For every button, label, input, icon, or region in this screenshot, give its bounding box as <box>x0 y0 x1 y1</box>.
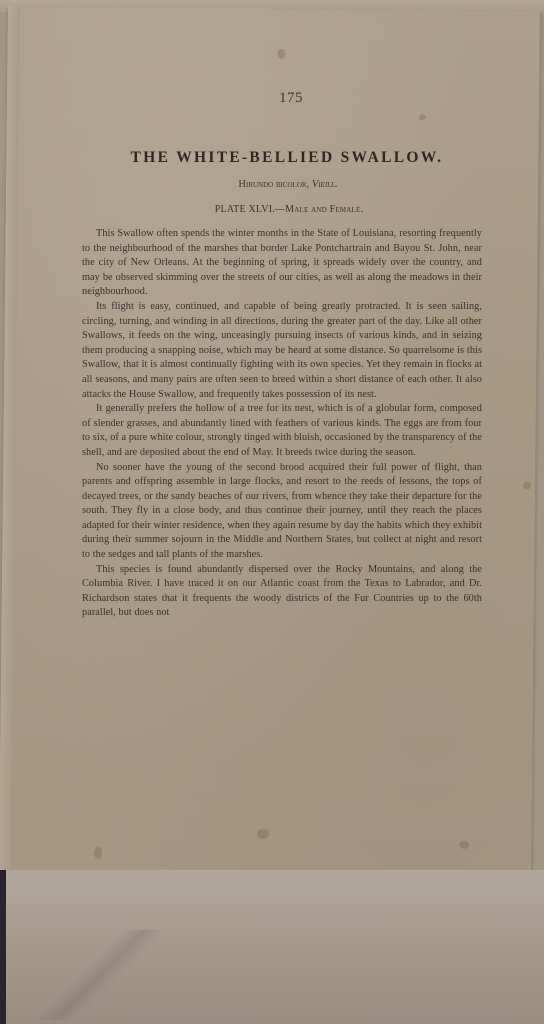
latin-binomial: Hirundo bicolor, <box>238 179 309 190</box>
foxing-stain <box>277 49 285 59</box>
latin-name: Hirundo bicolor, Vieill. <box>82 179 482 190</box>
latin-authority: Vieill. <box>312 179 338 190</box>
paragraph: It generally prefers the hollow of a tre… <box>82 402 482 460</box>
foxing-stain <box>523 481 531 489</box>
foxing-stain <box>257 829 269 839</box>
foxing-stain <box>459 841 469 849</box>
page-frayed-edge <box>0 6 20 880</box>
plastic-sleeve-glare <box>40 930 160 1020</box>
plate-caption: PLATE XLVI.—Male and Female. <box>82 204 482 215</box>
chapter-title: THE WHITE-BELLIED SWALLOW. <box>82 149 482 167</box>
page-number: 175 <box>82 90 482 107</box>
paragraph: No sooner have the young of the second b… <box>82 461 482 563</box>
paragraph: This Swallow often spends the winter mon… <box>82 227 482 300</box>
paragraph: This species is found abundantly dispers… <box>82 563 482 621</box>
foxing-stain <box>94 847 102 859</box>
backdrop-dark-edge <box>0 870 6 1024</box>
page-content: 175 THE WHITE-BELLIED SWALLOW. Hirundo b… <box>82 90 482 621</box>
paragraph: Its flight is easy, continued, and capab… <box>82 300 482 402</box>
